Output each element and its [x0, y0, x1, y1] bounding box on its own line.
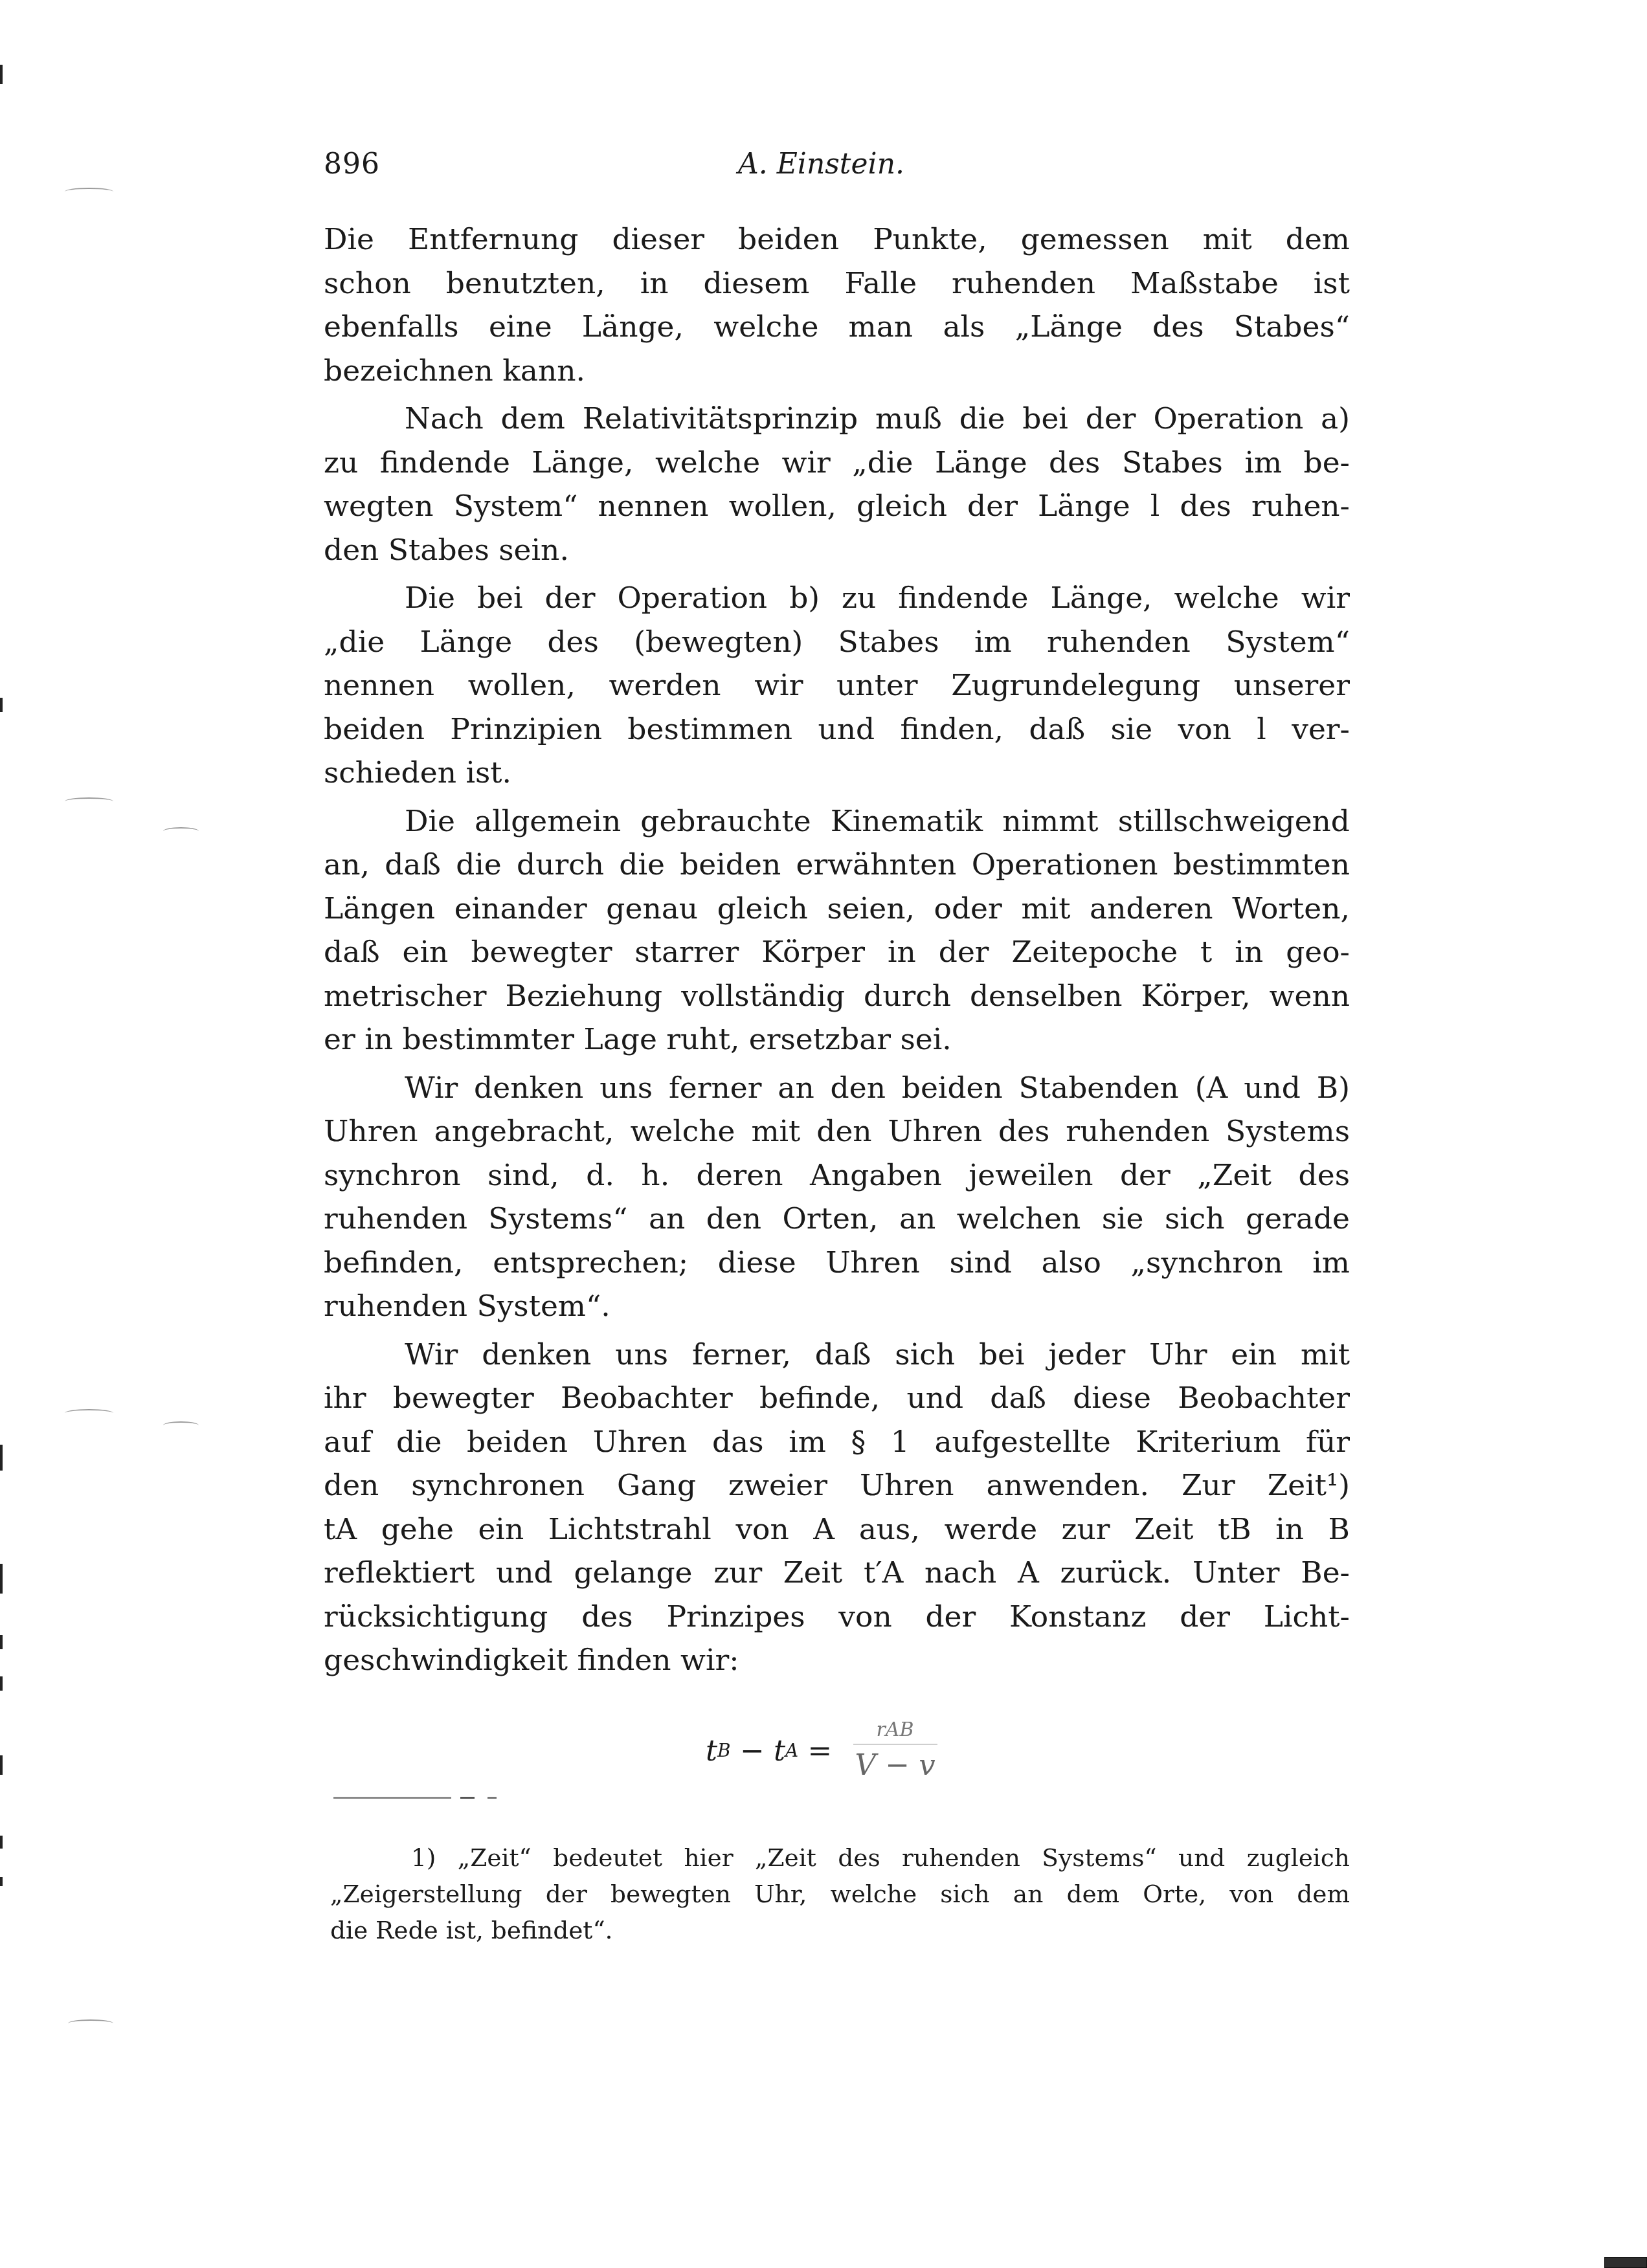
text-line: Die allgemein gebrauchte Kinematik nimmt…: [324, 799, 1350, 843]
text-line: ihr bewegter Beobachter befinde, und daß…: [324, 1376, 1350, 1420]
scan-edge-mark: [0, 1836, 3, 1849]
text-line: er in bestimmter Lage ruht, ersetzbar se…: [324, 1017, 1350, 1062]
footnotes: 1) „Zeit“ bedeutet hier „Zeit des ruhend…: [330, 1840, 1350, 1948]
text-line: rücksichtigung des Prinzipes von der Kon…: [324, 1595, 1350, 1639]
scan-edge-mark: [0, 1676, 3, 1691]
footnote-line: die Rede ist, befindet“.: [330, 1912, 1350, 1948]
text-line: nennen wollen, werden wir unter Zugrunde…: [324, 663, 1350, 707]
scan-hole-arc: [65, 188, 113, 195]
text-line: „die Länge des (bewegten) Stabes im ruhe…: [324, 620, 1350, 664]
text-line: Wir denken uns ferner, daß sich bei jede…: [324, 1333, 1350, 1377]
paragraph: Wir denken uns ferner an den beiden Stab…: [324, 1066, 1350, 1328]
footnote-line: „Zeigerstellung der bewegten Uhr, welche…: [330, 1876, 1350, 1912]
eq-numerator: rAB: [867, 1718, 923, 1741]
scan-edge-mark: [0, 1877, 3, 1886]
running-head: A. Einstein.: [738, 148, 904, 181]
scan-corner-block: [1604, 2257, 1647, 2268]
eq-sub: B: [717, 1740, 731, 1761]
eq-equals: =: [798, 1733, 841, 1768]
text-line: den synchronen Gang zweier Uhren anwende…: [324, 1463, 1350, 1507]
text-line: Längen einander genau gleich seien, oder…: [324, 887, 1350, 931]
text-line: tA gehe ein Lichtstrahl von A aus, werde…: [324, 1507, 1350, 1551]
eq-minus: −: [731, 1733, 774, 1768]
text-line: den Stabes sein.: [324, 528, 1350, 572]
scan-edge-mark: [0, 698, 3, 712]
eq-sub: A: [785, 1740, 798, 1761]
eq-fraction-bar: [853, 1744, 937, 1745]
scan-hole-arc: [163, 827, 199, 835]
text-line: daß ein bewegter starrer Körper in der Z…: [324, 930, 1350, 974]
scan-edge-mark: [0, 1635, 3, 1649]
text-line: ruhenden System“.: [324, 1284, 1350, 1328]
footnote: 1) „Zeit“ bedeutet hier „Zeit des ruhend…: [330, 1840, 1350, 1948]
paragraph: Wir denken uns ferner, daß sich bei jede…: [324, 1333, 1350, 1682]
text-line: ebenfalls eine Länge, welche man als „Lä…: [324, 305, 1350, 349]
scan-hole-arc: [163, 1421, 199, 1429]
text-line: ruhenden Systems“ an den Orten, an welch…: [324, 1197, 1350, 1241]
text-line: Die bei der Operation b) zu findende Län…: [324, 576, 1350, 620]
text-line: schon benutzten, in diesem Falle ruhende…: [324, 261, 1350, 306]
eq-t: t: [774, 1733, 785, 1768]
text-line: geschwindigkeit finden wir:: [324, 1638, 1350, 1682]
eq-fraction: rAB V − v: [853, 1718, 937, 1782]
scan-edge-mark: [0, 1564, 3, 1594]
scan-edge-mark: [0, 1445, 3, 1471]
text-line: Die Entfernung dieser beiden Punkte, gem…: [324, 217, 1350, 261]
equation: tB − tA = rAB V − v: [706, 1718, 937, 1782]
page-header: 896 A. Einstein.: [324, 148, 1350, 186]
text-line: reflektiert und gelange zur Zeit t′A nac…: [324, 1551, 1350, 1595]
text-line: Wir denken uns ferner an den beiden Stab…: [324, 1066, 1350, 1110]
text-line: befinden, entsprechen; diese Uhren sind …: [324, 1241, 1350, 1285]
text-line: Nach dem Relativitätsprinzip muß die bei…: [324, 397, 1350, 441]
text-line: synchron sind, d. h. deren Angaben jewei…: [324, 1153, 1350, 1197]
text-line: wegten System“ nennen wollen, gleich der…: [324, 484, 1350, 528]
scan-edge-mark: [0, 1755, 3, 1775]
text-line: bezeichnen kann.: [324, 349, 1350, 393]
footnote-line: 1) „Zeit“ bedeutet hier „Zeit des ruhend…: [330, 1840, 1350, 1876]
text-line: beiden Prinzipien bestimmen und finden, …: [324, 707, 1350, 751]
text-line: auf die beiden Uhren das im § 1 aufgeste…: [324, 1420, 1350, 1464]
footnote-rule: [333, 1797, 515, 1799]
scan-edge-mark: [0, 65, 3, 84]
text-line: Uhren angebracht, welche mit den Uhren d…: [324, 1109, 1350, 1153]
scan-hole-arc: [65, 797, 113, 805]
scan-hole-arc: [68, 2019, 113, 2027]
eq-t: t: [706, 1733, 717, 1768]
paragraph: Die Entfernung dieser beiden Punkte, gem…: [324, 217, 1350, 392]
text-line: schieden ist.: [324, 751, 1350, 795]
text-line: an, daß die durch die beiden erwähnten O…: [324, 843, 1350, 887]
body-text: Die Entfernung dieser beiden Punkte, gem…: [324, 217, 1350, 1687]
text-line: metrischer Beziehung vollständig durch d…: [324, 974, 1350, 1018]
eq-denominator: V − v: [855, 1748, 935, 1782]
paragraph: Die bei der Operation b) zu findende Län…: [324, 576, 1350, 795]
paragraph: Die allgemein gebrauchte Kinematik nimmt…: [324, 799, 1350, 1062]
scan-hole-arc: [65, 1409, 113, 1417]
page-number: 896: [324, 148, 380, 181]
text-line: zu findende Länge, welche wir „die Länge…: [324, 441, 1350, 485]
paragraph: Nach dem Relativitätsprinzip muß die bei…: [324, 397, 1350, 572]
